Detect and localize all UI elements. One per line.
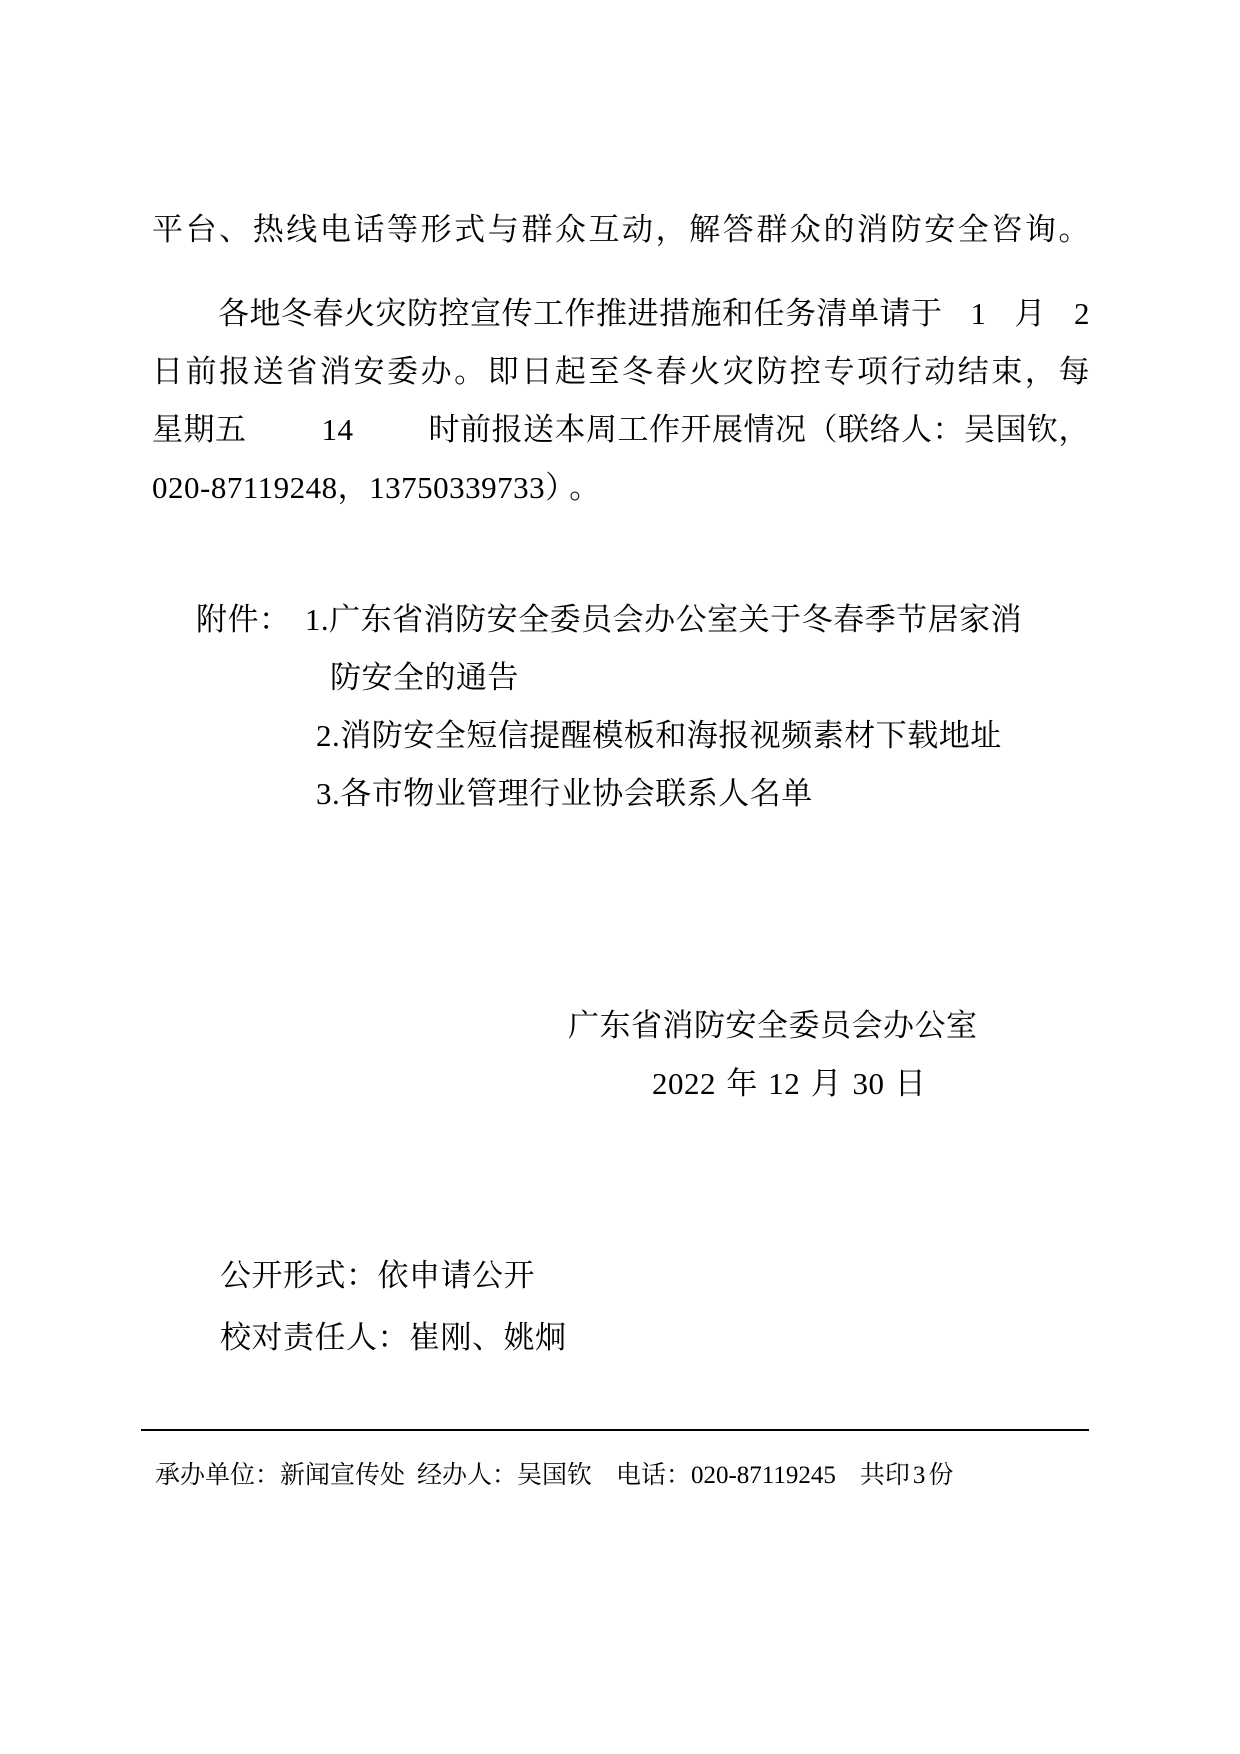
paragraph-text: 星期五 [152, 410, 247, 450]
paragraph-text: 各地冬春火灾防控宣传工作推进措施和任务清单请于 [218, 294, 943, 334]
proofreader: 校对责任人：崔刚、姚炯 [220, 1318, 567, 1358]
attachments-label: 附件： [196, 602, 291, 638]
paragraph2-line2: 日前报送省消安委办。即日起至冬春火灾防控专项行动结束，每 [152, 352, 1090, 392]
date-month: 12 [768, 1066, 800, 1101]
signature-organization: 广东省消防安全委员会办公室 [568, 1006, 978, 1046]
paragraph-text: 时前报送本周工作开展情况（联络人：吴国钦， [429, 410, 1091, 450]
attachment-title: 消防安全短信提醒模板和海报视频素材下载地址 [340, 718, 1002, 754]
copies-prefix: 共印 [860, 1460, 910, 1489]
paragraph-end: 。 [569, 470, 601, 506]
paragraph2-line1: 各地冬春火灾防控宣传工作推进措施和任务清单请于 1 月 2 [218, 294, 1090, 334]
attachment-number: 1. [305, 602, 329, 637]
attachment-number: 2. [316, 718, 340, 753]
paragraph2-line3: 星期五 14 时前报送本周工作开展情况（联络人：吴国钦， [152, 410, 1090, 450]
hour-number: 14 [322, 410, 354, 450]
month-number: 1 [971, 294, 987, 334]
unit-value: 新闻宣传处 [280, 1460, 405, 1489]
date-day: 30 [852, 1066, 884, 1101]
attachment-title: 各市物业管理行业协会联系人名单 [340, 776, 813, 812]
phone-value: 020-87119245 [691, 1462, 836, 1489]
disclosure-form: 公开形式：依申请公开 [220, 1256, 535, 1296]
phone-label: 电话： [616, 1460, 691, 1489]
attachments-line1-cont: 防安全的通告 [330, 658, 519, 698]
handler-value: 吴国钦 [517, 1460, 592, 1489]
day-number: 2 [1074, 294, 1090, 334]
footer-divider [141, 1429, 1089, 1431]
disclosure-form-label: 公开形式： [220, 1258, 378, 1294]
attachments-line1: 附件： 1.广东省消防安全委员会办公室关于冬春季节居家消 [196, 600, 1022, 640]
handler-label: 经办人： [417, 1460, 517, 1489]
unit-label: 承办单位： [155, 1460, 280, 1489]
attachment-item-3: 3.各市物业管理行业协会联系人名单 [316, 774, 813, 814]
paragraph-text: 平台、热线电话等形式与群众互动，解答群众的消防安全咨询。 [152, 212, 1090, 248]
proofreader-label: 校对责任人： [220, 1320, 409, 1356]
disclosure-form-value: 依申请公开 [378, 1258, 536, 1294]
footer-info: 承办单位：新闻宣传处 经办人：吴国钦 电话：020-87119245 共印3份 [155, 1458, 953, 1493]
paragraph2-line4: 020-87119248，13750339733）。 [152, 468, 601, 508]
month-char: 月 [1015, 294, 1047, 334]
attachment-number: 3. [316, 776, 340, 811]
attachment-item-2: 2.消防安全短信提醒模板和海报视频素材下载地址 [316, 716, 1002, 756]
paragraph-continuation: 平台、热线电话等形式与群众互动，解答群众的消防安全咨询。 [152, 210, 1090, 250]
date-year: 2022 [652, 1066, 716, 1101]
attachment-title: 广东省消防安全委员会办公室关于冬春季节居家消 [329, 602, 1022, 638]
date-month-char: 月 [811, 1066, 843, 1102]
contact-phones: 020-87119248，13750339733） [152, 470, 561, 505]
copies-number: 3 [913, 1462, 926, 1489]
date-year-char: 年 [726, 1066, 758, 1102]
proofreader-value: 崔刚、姚炯 [409, 1320, 567, 1356]
signature-date: 2022 年 12 月 30 日 [652, 1064, 926, 1104]
paragraph-text: 日前报送省消安委办。即日起至冬春火灾防控专项行动结束，每 [152, 354, 1090, 390]
copies-suffix: 份 [928, 1460, 953, 1489]
date-day-char: 日 [895, 1066, 927, 1102]
organization-name: 广东省消防安全委员会办公室 [568, 1008, 978, 1044]
attachment-title: 防安全的通告 [330, 660, 519, 696]
